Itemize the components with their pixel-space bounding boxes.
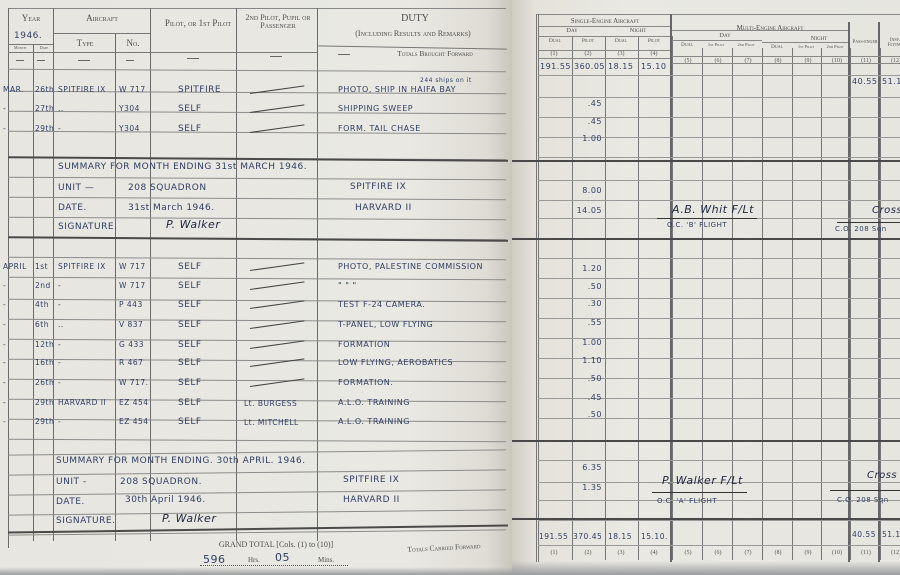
section-divider: [512, 160, 900, 162]
entry-pilot: SELF: [178, 417, 202, 427]
entry-time-col2: .45: [576, 117, 602, 126]
summary-title: SUMMARY FOR MONTH ENDING 31st MARCH 1946…: [58, 162, 307, 172]
entry-duty: FORMATION.: [338, 378, 393, 387]
entry-time-col2: 1.00: [576, 134, 602, 143]
entry-second-pilot: Lt. MITCHELL: [244, 418, 299, 427]
entry-time-col2: .30: [576, 299, 602, 308]
entry-duty: A.L.O. TRAINING: [338, 417, 410, 426]
entry-duty: " " ": [338, 281, 357, 290]
col-divider: [850, 48, 851, 560]
header-divider: [538, 26, 670, 27]
oc-signature-march: A.B. Whit F/Lt: [672, 203, 754, 216]
entry-month: -: [3, 358, 6, 367]
co-label-april: C.O. 208 Sqn: [837, 496, 889, 504]
entry-second-pilot-dash: [250, 104, 305, 113]
column-number: (11): [850, 58, 882, 64]
entry-month: -: [3, 281, 6, 290]
grand-total-dotted-line: [200, 565, 348, 566]
header-divider: [538, 36, 670, 37]
dash: [78, 60, 90, 61]
row-line: [8, 469, 506, 475]
row-line: [538, 157, 900, 158]
aircraft-no-header: No.: [116, 39, 150, 48]
column-number: (12): [880, 58, 900, 64]
column-number-footer: (11): [850, 550, 882, 556]
me-night-1st-header: 1st Pilot: [792, 45, 820, 50]
entry-aircraft-no: EZ 454: [119, 417, 149, 426]
year-header: Year: [10, 14, 52, 23]
flight-entry-row: -6th..V 837SELFT-PANEL, LOW FLYING: [0, 320, 512, 336]
row-line: [538, 97, 900, 98]
dash: [37, 60, 45, 61]
grand-total-label: GRAND TOTAL [Cols. (1) to (10)]: [196, 541, 356, 549]
march-spitfire-total: 8.00: [576, 186, 602, 195]
date-header: Date: [34, 46, 54, 50]
summary-signature-label: SIGNATURE.: [56, 516, 115, 526]
bf-col3: 18.15: [608, 62, 633, 71]
single-engine-header: Single-Engine Aircraft: [540, 18, 670, 25]
entry-time-col2: .45: [576, 99, 602, 108]
column-number: (5): [672, 58, 704, 64]
entry-pilot: SELF: [178, 378, 202, 388]
entry-second-pilot: Lt. BURGESS: [244, 399, 297, 408]
bf-col1: 191.55: [540, 62, 571, 71]
entry-aircraft-no: P 443: [119, 300, 143, 309]
entry-duty: SHIPPING SWEEP: [338, 104, 413, 113]
oc-signature-line: [652, 492, 747, 493]
dash: [338, 54, 350, 55]
entry-pilot: SELF: [178, 340, 202, 350]
column-number-footer: (7): [732, 550, 764, 556]
entry-aircraft-no: W 717: [119, 85, 146, 94]
row-line: [8, 439, 506, 443]
bf-col12: 51.10: [882, 77, 900, 86]
entry-second-pilot-dash: [250, 358, 305, 367]
row-line: [538, 545, 900, 546]
entry-aircraft-no: Y304: [119, 104, 140, 113]
cf-col2: 370.45: [573, 532, 602, 541]
cf-col1: 191.55: [539, 532, 568, 541]
entry-aircraft-type: -: [58, 300, 61, 309]
entry-aircraft-no: EZ 454: [119, 398, 149, 407]
entry-pilot: SELF: [178, 398, 202, 408]
column-number: (2): [572, 51, 604, 57]
entry-time-col2: .55: [576, 318, 602, 327]
entry-date: 12th: [35, 340, 54, 349]
summary-unit: 208 SQUADRON: [128, 183, 207, 193]
entry-pilot: SELF: [178, 124, 202, 134]
logbook-right-page: Single-Engine Aircraft Multi-Engine Airc…: [512, 0, 900, 575]
flight-entry-row: -2nd-W 717SELF" " ": [0, 281, 512, 297]
flight-entry-row: APRIL1stSPITFIRE IXW 717SELFPHOTO, PALES…: [0, 262, 512, 278]
column-number: (10): [821, 58, 853, 64]
entry-second-pilot-dash: [250, 262, 305, 271]
flight-entry-row: -27th..Y304SELFSHIPPING SWEEP: [0, 104, 512, 120]
header-divider: [672, 56, 848, 57]
section-divider: [8, 236, 508, 241]
entry-aircraft-no: W 717.: [119, 378, 149, 387]
column-number: (8): [762, 58, 794, 64]
row-line: [8, 509, 506, 515]
entry-second-pilot-dash: [250, 281, 305, 290]
entry-aircraft-type: -: [58, 417, 61, 426]
aircraft-header: Aircraft: [54, 14, 150, 23]
duty-header: DUTY: [330, 14, 500, 25]
column-number-footer: (9): [792, 550, 824, 556]
me-day-dual-header: Dual: [672, 43, 702, 48]
entry-time-col2: 1.20: [576, 264, 602, 273]
year-value: 1946.: [14, 31, 42, 41]
multi-engine-header: Multi-Engine Aircraft: [680, 25, 860, 32]
summary-date-label: DATE.: [56, 497, 85, 507]
entry-aircraft-type: HARVARD II: [58, 398, 106, 407]
col-divider: [792, 48, 793, 560]
flight-entry-row: MAR.26thSPITFIRE IXW 717SPITFIREPHOTO, S…: [0, 85, 512, 101]
entry-aircraft-no: R 467: [119, 358, 143, 367]
passenger-header: Pass-enger: [852, 40, 878, 45]
entry-pilot: SELF: [178, 300, 202, 310]
entry-aircraft-type: -: [58, 340, 61, 349]
entry-aircraft-type: -: [58, 378, 61, 387]
header-top-border: [8, 8, 506, 9]
entry-date: 26th: [35, 85, 54, 94]
summary-unit-label: UNIT -: [56, 477, 87, 487]
page-shadow: [0, 567, 512, 575]
march-harvard-total: 14.05: [576, 206, 602, 215]
oc-signature-line: [657, 218, 757, 219]
april-harvard-total: 1.35: [576, 483, 602, 492]
summary-aircraft-1: SPITFIRE IX: [343, 475, 399, 485]
oc-label-april: O.C. 'A' FLIGHT: [657, 497, 717, 505]
column-number-footer: (4): [638, 550, 670, 556]
summary-date: 31st March 1946.: [128, 203, 215, 213]
summary-date: 30th April 1946.: [125, 495, 206, 505]
col-divider: [880, 48, 881, 560]
entry-duty-note: 244 ships on it: [420, 77, 472, 84]
flight-entry-row: -4th-P 443SELFTEST F-24 CAMERA.: [0, 300, 512, 316]
row-line: [538, 278, 900, 279]
row-line: [538, 520, 900, 521]
flight-entry-row: -29th-Y304SELFFORM. TAIL CHASE: [0, 124, 512, 140]
mins-label: Mins.: [318, 557, 334, 564]
row-line: [8, 197, 506, 201]
entry-time-col2: .50: [576, 410, 602, 419]
se-night-pilot-header: Pilot: [639, 39, 669, 45]
entry-aircraft-type: -: [58, 281, 61, 290]
cf-col3: 18.15: [608, 532, 632, 541]
grand-total-minutes: 05: [275, 551, 290, 564]
totals-carried-forward-label: Totals Carried Forward: [384, 541, 504, 555]
entry-aircraft-no: W 717: [119, 281, 146, 290]
entry-time-col2: .50: [576, 374, 602, 383]
summary-date-label: DATE.: [58, 203, 87, 213]
co-signature-april: Cross: [867, 470, 897, 481]
dash: [187, 58, 199, 59]
summary-signature-label: SIGNATURE.: [58, 222, 117, 232]
page-shadow: [512, 561, 900, 575]
header-top-border: [536, 14, 900, 15]
entry-date: 2nd: [35, 281, 51, 290]
instr-flying-header: Insf. Flying: [882, 38, 900, 49]
cf-col12: 51.10: [882, 530, 900, 539]
entry-duty: LOW FLYING, AEROBATICS: [338, 358, 453, 367]
co-signature-line: [830, 490, 900, 491]
entry-pilot: SELF: [178, 262, 202, 272]
dash: [126, 60, 134, 61]
row-line: [538, 258, 900, 259]
hrs-label: Hrs.: [248, 557, 260, 564]
header-divider: [672, 30, 848, 31]
column-number-footer: (6): [702, 550, 734, 556]
column-number-footer: (5): [672, 550, 704, 556]
me-day-1st-header: 1st Pilot: [702, 43, 730, 48]
logbook-left-page: Year 1946. Month Date Aircraft Type No. …: [0, 0, 512, 575]
column-number-footer: (2): [572, 550, 604, 556]
dash: [270, 56, 282, 57]
co-signature-march: Cross: [872, 205, 900, 216]
column-number: (9): [792, 58, 824, 64]
entry-time-col2: 1.10: [576, 356, 602, 365]
entry-aircraft-type: -: [58, 358, 61, 367]
col-divider: [848, 22, 850, 562]
entry-month: -: [3, 340, 6, 349]
entry-second-pilot-dash: [250, 124, 305, 133]
second-pilot-header: 2nd Pilot, Pupil or Passenger: [238, 14, 318, 31]
row-line: [538, 75, 900, 76]
bf-col11: 40.55: [852, 77, 877, 86]
entry-second-pilot-dash: [250, 320, 305, 329]
month-header: Month: [8, 46, 32, 50]
co-signature-line: [837, 222, 900, 223]
entry-aircraft-no: V 837: [119, 320, 143, 329]
header-divider: [538, 58, 670, 59]
section-divider: [512, 518, 900, 520]
row-line: [8, 449, 506, 455]
column-number: (3): [605, 51, 637, 57]
entry-month: -: [3, 300, 6, 309]
col-divider: [878, 22, 880, 562]
entry-time-col2: 1.00: [576, 338, 602, 347]
entry-aircraft-type: -: [58, 124, 61, 133]
entry-aircraft-no: W 717: [119, 262, 146, 271]
night-header: Night: [606, 28, 670, 35]
flight-entry-row: -29thHARVARD IIEZ 454SELFLt. BURGESSA.L.…: [0, 398, 512, 414]
me-day-2nd-header: 2nd Pilot: [732, 43, 760, 48]
flight-entry-row: -29th-EZ 454SELFLt. MITCHELLA.L.O. TRAIN…: [0, 417, 512, 433]
entry-duty: T-PANEL, LOW FLYING: [338, 320, 433, 329]
summary-aircraft-2: HARVARD II: [355, 203, 412, 213]
entry-aircraft-no: Y304: [119, 124, 140, 133]
summary-unit: 208 SQUADRON.: [120, 477, 202, 487]
april-spitfire-total: 6.35: [576, 463, 602, 472]
entry-date: 27th: [35, 104, 54, 113]
bf-col2: 360.05: [574, 62, 605, 71]
oc-signature-april: P. Walker F/Lt: [662, 474, 743, 487]
entry-aircraft-type: SPITFIRE IX: [58, 85, 106, 94]
column-number: (7): [732, 58, 764, 64]
entry-aircraft-type: ..: [58, 104, 64, 113]
entry-pilot: SELF: [178, 281, 202, 291]
entry-date: 4th: [35, 300, 49, 309]
se-day-dual-header: Dual: [540, 39, 570, 45]
header-divider: [8, 44, 53, 45]
col-divider: [821, 48, 822, 560]
entry-date: 29th: [35, 417, 54, 426]
header-divider: [762, 42, 848, 43]
totals-brought-forward-label: Totals Brought Forward: [360, 50, 510, 58]
entry-month: APRIL: [3, 262, 27, 271]
co-label-march: C.O. 208 Sqn: [835, 225, 887, 233]
section-divider: [512, 238, 900, 240]
col-divider: [762, 48, 763, 560]
entry-pilot: SELF: [178, 104, 202, 114]
oc-label-march: O.C. 'B' FLIGHT: [667, 221, 727, 229]
se-night-dual-header: Dual: [606, 39, 636, 45]
column-number-footer: (1): [538, 550, 570, 556]
aircraft-type-header: Type: [54, 39, 116, 48]
section-divider: [512, 440, 900, 442]
entry-month: -: [3, 104, 6, 113]
entry-date: 26th: [35, 378, 54, 387]
pilot-header: Pilot, or 1st Pilot: [158, 19, 238, 28]
dash: [16, 60, 24, 61]
entry-date: 29th: [35, 124, 54, 133]
entry-time-col2: .45: [576, 393, 602, 402]
entry-month: -: [3, 417, 6, 426]
column-number: (1): [538, 51, 570, 57]
summary-title: SUMMARY FOR MONTH ENDING. 30th APRIL. 19…: [56, 456, 306, 466]
header-divider: [8, 52, 53, 53]
row-line: [538, 460, 900, 461]
bf-col4: 15.10: [641, 62, 666, 71]
flight-entry-row: -26th-W 717.SELFFORMATION.: [0, 378, 512, 394]
entry-duty: FORMATION: [338, 340, 390, 349]
entry-time-col2: .50: [576, 282, 602, 291]
entry-duty: PHOTO, PALESTINE COMMISSION: [338, 262, 483, 271]
row-line: [8, 489, 506, 495]
summary-signature: P. Walker: [166, 218, 220, 231]
me-night-dual-header: Dual: [762, 45, 792, 50]
row-line: [538, 200, 900, 201]
entry-month: -: [3, 378, 6, 387]
row-line: [8, 217, 506, 221]
summary-aircraft-2: HARVARD II: [343, 495, 400, 505]
me-day-header: Day: [680, 33, 770, 40]
entry-pilot: SPITFIRE: [178, 85, 221, 95]
entry-second-pilot-dash: [250, 300, 305, 309]
entry-month: -: [3, 398, 6, 407]
entry-duty: TEST F-24 CAMERA.: [338, 300, 425, 309]
row-line: [8, 69, 506, 73]
summary-aircraft-1: SPITFIRE IX: [350, 182, 406, 192]
row-line: [8, 177, 506, 181]
row-line: [538, 180, 900, 181]
se-day-pilot-header: Pilot: [573, 39, 603, 45]
column-number: (4): [638, 51, 670, 57]
section-divider: [8, 156, 508, 161]
entry-second-pilot-dash: [250, 340, 305, 349]
flight-entry-row: -12th-G 433SELFFORMATION: [0, 340, 512, 356]
column-number-footer: (12): [880, 550, 900, 556]
duty-subheader: (Including Results and Remarks): [320, 30, 506, 38]
header-divider: [850, 56, 900, 57]
entry-date: 1st: [35, 262, 48, 271]
entry-date: 16th: [35, 358, 54, 367]
row-line: [8, 257, 506, 261]
column-number-footer: (8): [762, 550, 794, 556]
me-night-2nd-header: 2nd Pilot: [821, 45, 849, 50]
flight-entry-row: -16th-R 467SELFLOW FLYING, AEROBATICS: [0, 358, 512, 374]
entry-duty: A.L.O. TRAINING: [338, 398, 410, 407]
column-number-footer: (10): [821, 550, 853, 556]
header-divider: [53, 33, 150, 34]
summary-unit-label: UNIT —: [58, 183, 94, 193]
header-divider: [672, 40, 762, 41]
entry-aircraft-no: G 433: [119, 340, 144, 349]
entry-duty: PHOTO, SHIP IN HAIFA BAY: [338, 85, 456, 94]
header-divider: [53, 52, 318, 53]
entry-second-pilot-dash: [250, 85, 305, 94]
entry-month: -: [3, 320, 6, 329]
entry-pilot: SELF: [178, 358, 202, 368]
column-number: (6): [702, 58, 734, 64]
entry-aircraft-type: SPITFIRE IX: [58, 262, 106, 271]
entry-duty: FORM. TAIL CHASE: [338, 124, 421, 133]
entry-date: 6th: [35, 320, 49, 329]
entry-month: -: [3, 124, 6, 133]
entry-pilot: SELF: [178, 320, 202, 330]
entry-aircraft-type: ..: [58, 320, 64, 329]
cf-col4: 15.10.: [641, 532, 668, 541]
entry-month: MAR.: [3, 85, 24, 94]
day-header: Day: [540, 28, 604, 35]
col-divider: [536, 14, 537, 562]
column-number-footer: (3): [605, 550, 637, 556]
entry-date: 29th: [35, 398, 54, 407]
entry-second-pilot-dash: [250, 378, 305, 387]
cf-col11: 40.55: [852, 530, 876, 539]
summary-signature: P. Walker: [162, 512, 216, 525]
